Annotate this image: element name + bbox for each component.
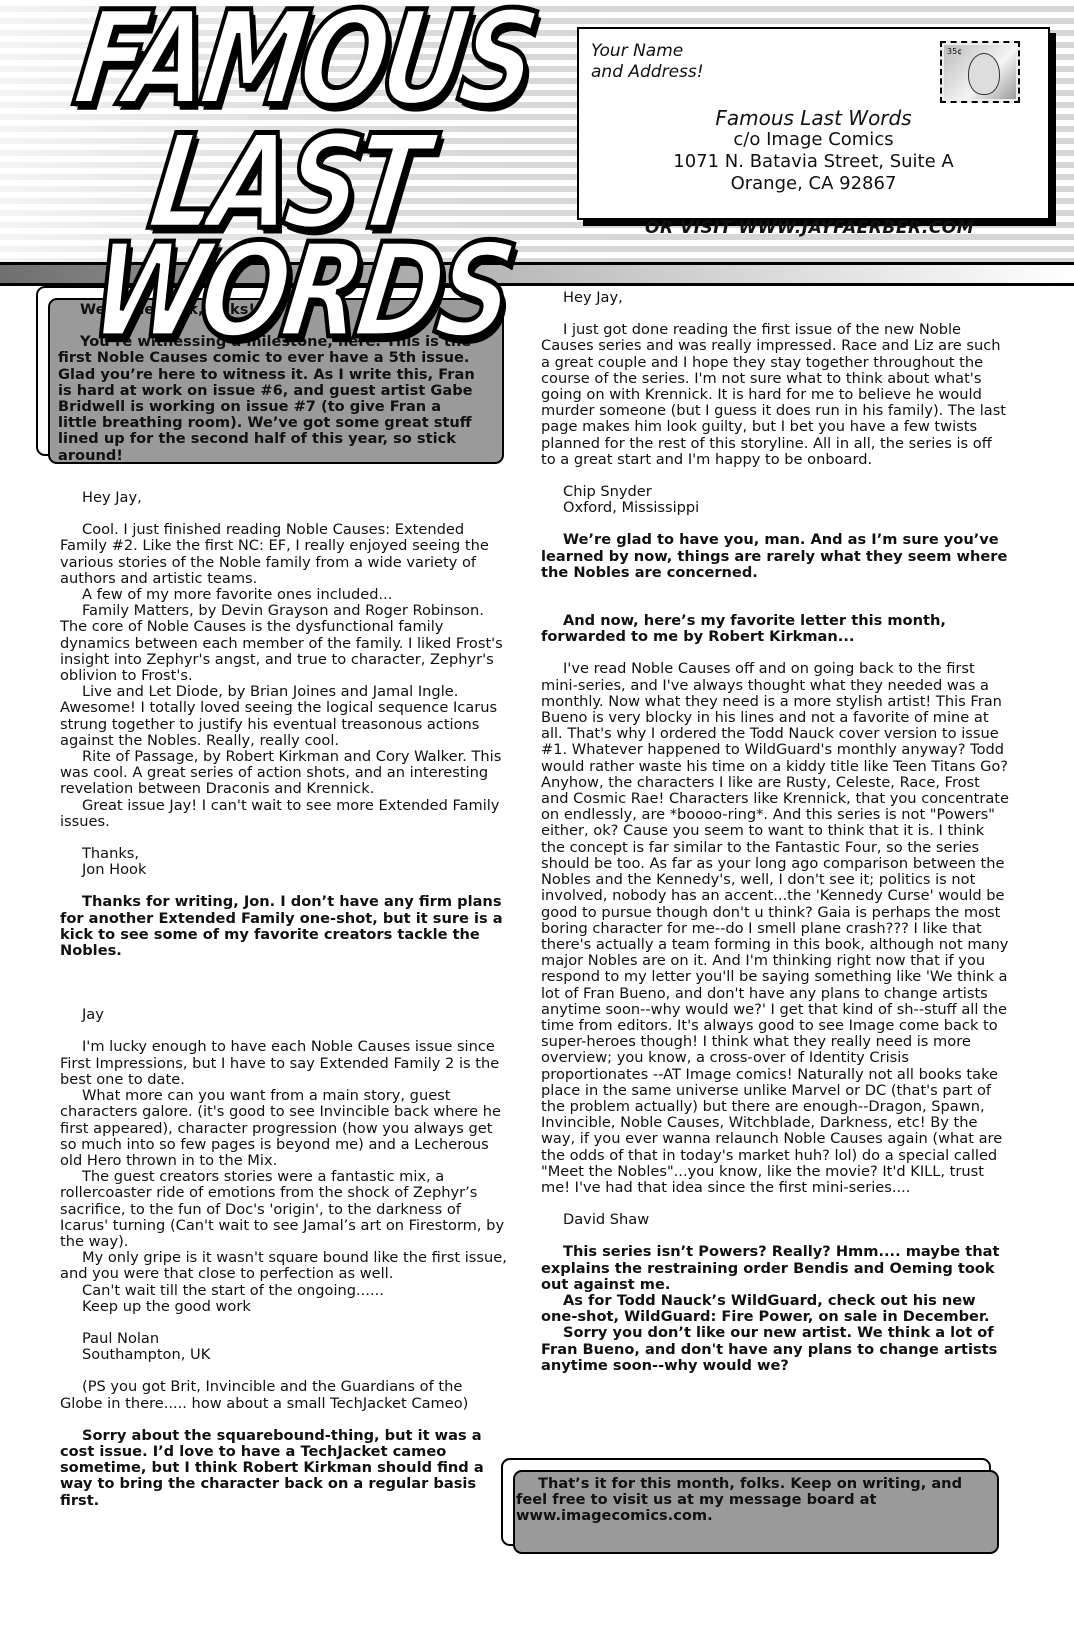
letter-paragraph: A few of my more favorite ones included.… [60, 587, 508, 603]
closing-box: That’s it for this month, folks. Keep on… [501, 1458, 991, 1546]
letter-chip-snyder: Hey Jay, I just got done reading the fir… [541, 290, 1011, 581]
right-column: Hey Jay, I just got done reading the fir… [541, 290, 1011, 1374]
letter-author: Jon Hook [60, 862, 508, 878]
letter-paragraph: I've read Noble Causes off and on going … [541, 661, 1011, 1196]
famous-last-words-logo: FAMOUS LAST WORDS [30, 14, 560, 254]
editor-reply: We’re glad to have you, man. And as I’m … [541, 532, 1011, 581]
letter-paragraph: What more can you want from a main story… [60, 1088, 508, 1169]
letter-paragraph: Rite of Passage, by Robert Kirkman and C… [60, 749, 508, 798]
address-line-2: c/o Image Comics [579, 129, 1048, 151]
mailing-address: Famous Last Words c/o Image Comics 1071 … [579, 107, 1048, 195]
letter-postscript: (PS you got Brit, Invincible and the Gua… [60, 1379, 508, 1411]
letter-paragraph: I just got done reading the first issue … [541, 322, 1011, 468]
letter-location: Oxford, Mississippi [541, 500, 1011, 516]
logo-line-1: FAMOUS LAST [13, 0, 578, 244]
letter-paragraph: My only gripe is it wasn't square bound … [60, 1250, 508, 1282]
letter-paragraph: The guest creators stories were a fantas… [60, 1169, 508, 1250]
closing-text: That’s it for this month, folks. Keep on… [516, 1476, 977, 1525]
left-column: Hey Jay, Cool. I just finished reading N… [60, 490, 508, 1509]
logo-line-2: WORDS [21, 229, 568, 352]
return-line-1: Your Name [591, 41, 704, 62]
return-address: Your Name and Address! [591, 41, 704, 83]
letter-author: David Shaw [541, 1212, 1011, 1228]
letter-paragraph: I'm lucky enough to have each Noble Caus… [60, 1039, 508, 1088]
postage-stamp-icon: 35¢ [940, 41, 1020, 103]
letter-paragraph: Family Matters, by Devin Grayson and Rog… [60, 603, 508, 684]
letter-david-shaw: I've read Noble Causes off and on going … [541, 661, 1011, 1374]
address-line-3: 1071 N. Batavia Street, Suite A [579, 151, 1048, 173]
letter-paul-nolan: Jay I'm lucky enough to have each Noble … [60, 1007, 508, 1508]
letter-location: Southampton, UK [60, 1347, 508, 1363]
editor-reply: This series isn’t Powers? Really? Hmm...… [541, 1244, 1011, 1293]
letter-paragraph: Cool. I just finished reading Noble Caus… [60, 522, 508, 587]
letter-author: Chip Snyder [541, 484, 1011, 500]
mailing-envelope: Your Name and Address! 35¢ Famous Last W… [577, 27, 1050, 220]
salutation: Hey Jay, [60, 490, 508, 506]
salutation: Hey Jay, [541, 290, 1011, 306]
letter-paragraph: Keep up the good work [60, 1299, 508, 1315]
return-line-2: and Address! [591, 62, 704, 83]
letter-jon-hook: Hey Jay, Cool. I just finished reading N… [60, 490, 508, 959]
editor-reply: Sorry you don’t like our new artist. We … [541, 1325, 1011, 1374]
editor-reply: Sorry about the squarebound-thing, but i… [60, 1428, 508, 1509]
letter-closing: Thanks, [60, 846, 508, 862]
letter-author: Paul Nolan [60, 1331, 508, 1347]
masthead: FAMOUS LAST WORDS Your Name and Address!… [0, 0, 1074, 262]
editor-reply: As for Todd Nauck’s WildGuard, check out… [541, 1293, 1011, 1325]
editor-reply: Thanks for writing, Jon. I don’t have an… [60, 894, 508, 959]
salutation: Jay [60, 1007, 508, 1023]
portrait-icon [968, 53, 1000, 95]
address-line-4: Orange, CA 92867 [579, 173, 1048, 195]
letter-paragraph: Live and Let Diode, by Brian Joines and … [60, 684, 508, 749]
letter-paragraph: Great issue Jay! I can't wait to see mor… [60, 798, 508, 830]
website-link[interactable]: OR VISIT WWW.JAYFAERBER.COM [645, 218, 974, 238]
stamp-price: 35¢ [947, 47, 962, 56]
favorite-letter-intro: And now, here’s my favorite letter this … [541, 613, 1011, 645]
letter-paragraph: Can't wait till the start of the ongoing… [60, 1283, 508, 1299]
recipient-name: Famous Last Words [579, 107, 1048, 129]
